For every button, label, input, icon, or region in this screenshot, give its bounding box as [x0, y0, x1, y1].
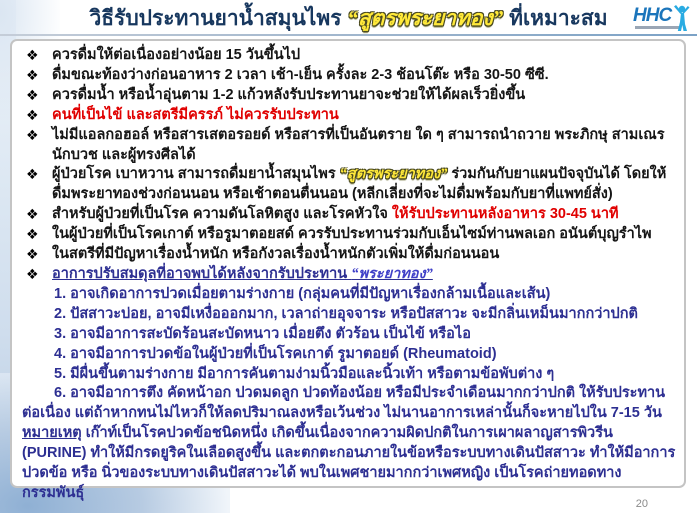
logo-text: HHC — [633, 5, 671, 27]
bullet-text-underlined: อาการปรับสมดุลที่อาจพบได้หลังจากรับประทา… — [52, 265, 676, 285]
diamond-bullet-icon: ❖ — [22, 225, 52, 245]
symptom-item-4: 4. อาจมีอาการปวดข้อในผู้ป่วยที่เป็นโรคเก… — [22, 345, 676, 365]
bullet-text: ผู้ป่วยโรค เบาหวาน สามารถดื่มยาน้ำสมุนไพ… — [52, 165, 676, 205]
diamond-bullet-icon: ❖ — [22, 205, 52, 225]
symptom-item-3: 3. อาจมีอาการสะบัดร้อนสะบัดหนาว เมื่อยตึ… — [22, 325, 676, 345]
bullet-text-pre: อาการปรับสมดุลที่อาจพบได้หลังจากรับประทา… — [52, 266, 351, 282]
title-bar: วิธีรับประทานยาน้ำสมุนไพร “สูตรพระยาทอง”… — [0, 2, 697, 34]
diamond-bullet-icon: ❖ — [22, 126, 52, 146]
bullet-item-duration: ❖ ควรดื่มให้ต่อเนื่องอย่างน้อย 15 วันขึ้… — [22, 46, 676, 66]
title-divider — [0, 34, 697, 36]
diamond-bullet-icon: ❖ — [22, 66, 52, 86]
bullet-text-pre: สำหรับผู้ป่วยที่เป็นโรค ความดันโลหิตสูง … — [52, 206, 392, 222]
diamond-bullet-icon: ❖ — [22, 165, 52, 185]
bullet-item-water: ❖ ควรดื่มน้ำ หรือน้ำอุ่นตาม 1-2 แก้วหลัง… — [22, 86, 676, 106]
bullet-text: สำหรับผู้ป่วยที่เป็นโรค ความดันโลหิตสูง … — [52, 205, 676, 225]
diamond-bullet-icon: ❖ — [22, 245, 52, 265]
note-text: เก๊าท์เป็นโรคปวดข้อชนิดหนึ่ง เกิดขึ้นเนื… — [22, 425, 675, 501]
note-paragraph: หมายเหตุ เก๊าท์เป็นโรคปวดข้อชนิดหนึ่ง เก… — [22, 424, 676, 504]
bullet-text: ควรดื่มให้ต่อเนื่องอย่างน้อย 15 วันขึ้นไ… — [52, 46, 676, 66]
bullet-text: ไม่มีแอลกอฮอล์ หรือสารเสตอรอยด์ หรือสารท… — [52, 126, 676, 166]
bullet-text: ดื่มขณะท้องว่างก่อนอาหาร 2 เวลา เช้า-เย็… — [52, 66, 676, 86]
bullet-item-gout: ❖ ในผู้ป่วยที่เป็นโรคเกาต์ หรือรูมาตอยสด… — [22, 225, 676, 245]
symptom-item-6: 6. อาจมีอาการตึง คัดหน้าอก ปวดมดลูก ปวดท… — [22, 384, 676, 404]
hhc-logo: HHC — [633, 4, 691, 34]
bullet-text: ในผู้ป่วยที่เป็นโรคเกาต์ หรือรูมาตอยสด์ … — [52, 225, 676, 245]
bullet-text-pre: ผู้ป่วยโรค เบาหวาน สามารถดื่มยาน้ำสมุนไพ… — [52, 166, 340, 182]
bullet-item-adjustment-heading: ❖ อาการปรับสมดุลที่อาจพบได้หลังจากรับประ… — [22, 265, 676, 285]
slide: { "title": { "prefix": "วิธีรับประทานยาน… — [0, 0, 697, 513]
bullet-item-no-alcohol: ❖ ไม่มีแอลกอฮอล์ หรือสารเสตอรอยด์ หรือสา… — [22, 126, 676, 166]
title-suffix: ที่เหมาะสม — [503, 7, 607, 30]
symptom-item-5: 5. มีผื่นขึ้นตามร่างกาย มีอาการคันตามง่า… — [22, 365, 676, 385]
diamond-bullet-icon: ❖ — [22, 86, 52, 106]
diamond-bullet-icon: ❖ — [22, 106, 52, 126]
note-label: หมายเหตุ — [22, 425, 82, 441]
brand-name-inline-blue: “พระยาทอง” — [351, 266, 433, 282]
page-title: วิธีรับประทานยาน้ำสมุนไพร “สูตรพระยาทอง”… — [89, 7, 607, 30]
page-number: 20 — [636, 498, 648, 510]
continuation-line: ต่อเนื่อง แต่ถ้าหากทนไม่ไหวก็ให้ลดปริมาณ… — [22, 404, 676, 424]
bullet-item-diabetes: ❖ ผู้ป่วยโรค เบาหวาน สามารถดื่มยาน้ำสมุน… — [22, 165, 676, 205]
bullet-item-dosage: ❖ ดื่มขณะท้องว่างก่อนอาหาร 2 เวลา เช้า-เ… — [22, 66, 676, 86]
brand-name-inline: “สูตรพระยาทอง” — [340, 166, 448, 182]
diamond-bullet-icon: ❖ — [22, 265, 52, 285]
bullet-text: ในสตรีที่มีปัญหาเรื่องน้ำหนัก หรือกังวลเ… — [52, 245, 676, 265]
bullet-text-red: ให้รับประทานหลังอาหาร 30-45 นาที — [392, 206, 619, 222]
bullet-item-warning: ❖ คนที่เป็นไข้ และสตรีมีครรภ์ ไม่ควรรับป… — [22, 106, 676, 126]
title-brand-name: “สูตรพระยาทอง” — [347, 6, 503, 30]
symptom-item-1: 1. อาจเกิดอาการปวดเมื่อยตามร่างกาย (กลุ่… — [22, 285, 676, 305]
diamond-bullet-icon: ❖ — [22, 46, 52, 66]
title-prefix: วิธีรับประทานยาน้ำสมุนไพร — [89, 7, 347, 30]
bullet-item-weight: ❖ ในสตรีที่มีปัญหาเรื่องน้ำหนัก หรือกังว… — [22, 245, 676, 265]
bullet-text: ควรดื่มน้ำ หรือน้ำอุ่นตาม 1-2 แก้วหลังรั… — [52, 86, 676, 106]
logo-person-icon — [671, 4, 691, 32]
symptom-item-2: 2. ปัสสาวะบ่อย, อาจมีเหงื่อออกมาก, เวลาถ… — [22, 305, 676, 325]
content-box: ❖ ควรดื่มให้ต่อเนื่องอย่างน้อย 15 วันขึ้… — [10, 39, 686, 488]
bullet-item-hypertension: ❖ สำหรับผู้ป่วยที่เป็นโรค ความดันโลหิตสู… — [22, 205, 676, 225]
bullet-text-warning: คนที่เป็นไข้ และสตรีมีครรภ์ ไม่ควรรับประ… — [52, 106, 676, 126]
